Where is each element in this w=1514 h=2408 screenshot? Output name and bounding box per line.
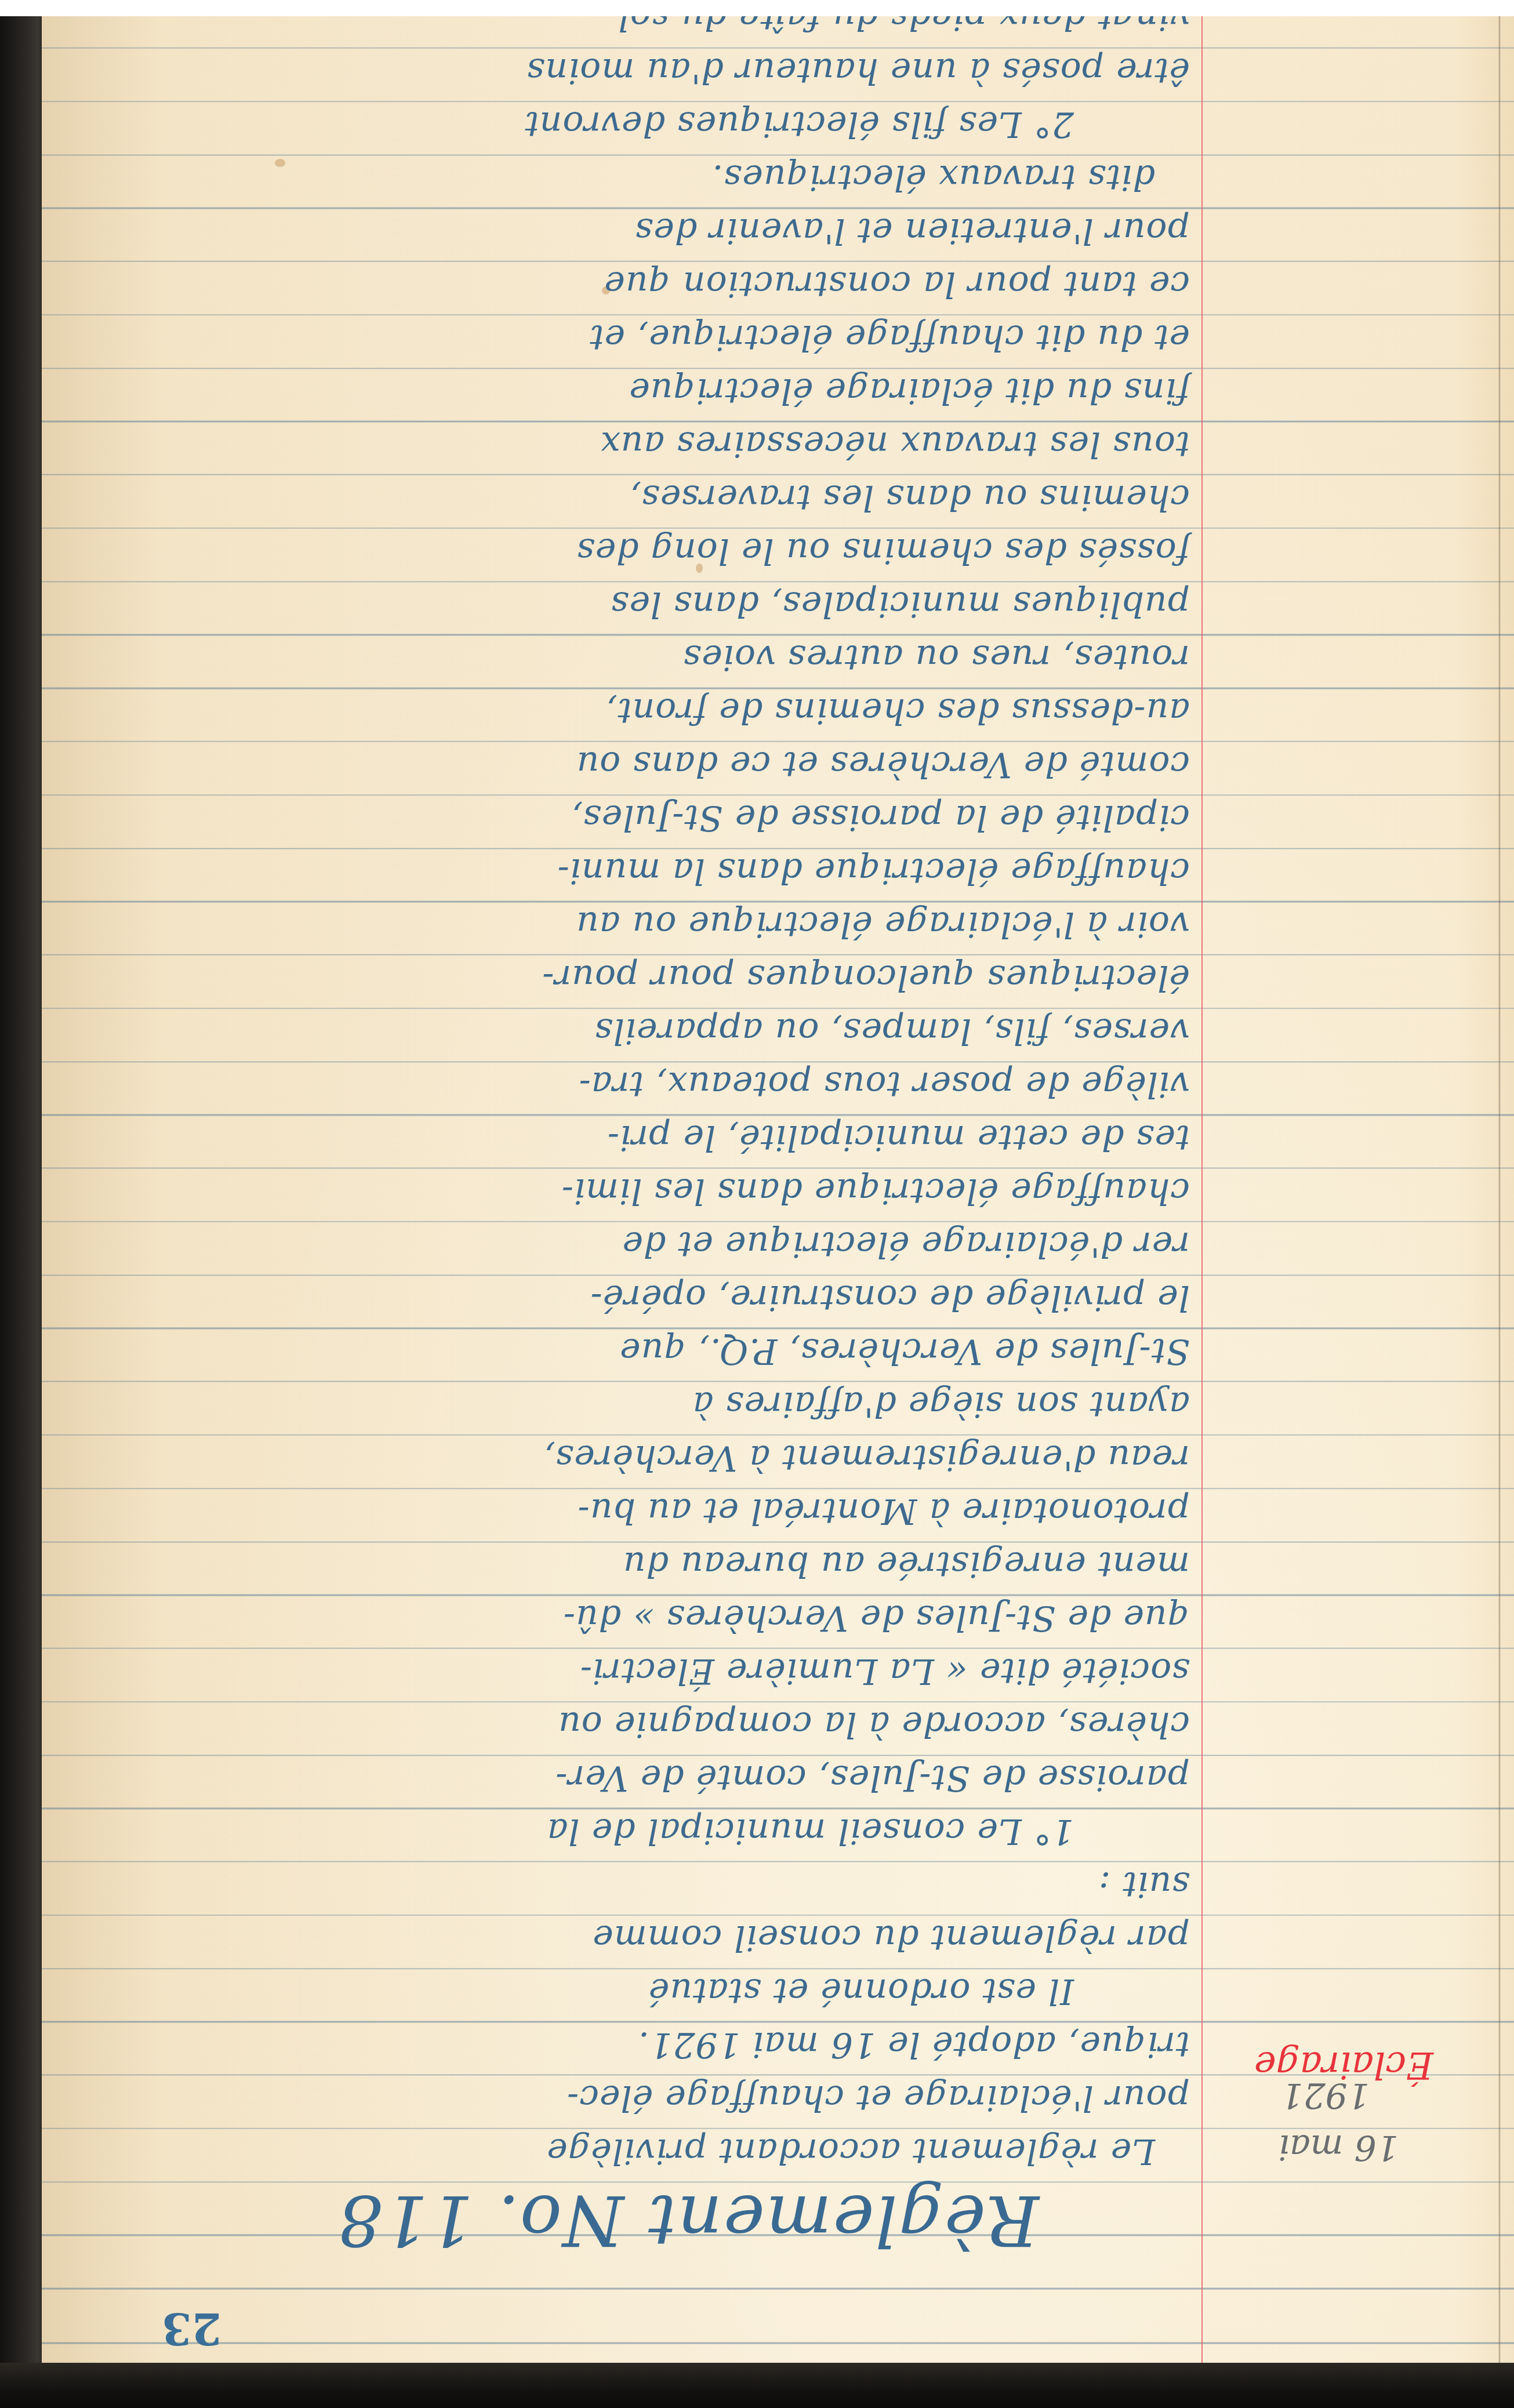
text-line: publiques municipales, dans les <box>71 578 1190 631</box>
text-line: fins du dit éclairage électrique <box>71 364 1190 417</box>
text-line: paroisse de St-Jules, comté de Ver- <box>71 1751 1190 1804</box>
ledger-page: Éclairage 16 mai 1921 23 Règlement No. 1… <box>42 16 1514 2365</box>
text-line: cipalité de la paroisse de St-Jules, <box>71 791 1190 844</box>
page-content: Éclairage 16 mai 1921 23 Règlement No. 1… <box>42 16 1514 2365</box>
text-line: fossés des chemins ou le long des <box>71 524 1190 578</box>
text-line: routes, rues ou autres voies <box>71 631 1190 684</box>
text-line: Le règlement accordant privilège <box>71 2124 1190 2178</box>
scan-top-border <box>0 0 1514 16</box>
text-line: 1° Le conseil municipal de la <box>71 1804 1190 1858</box>
text-line: vingt deux pieds du faîte du sol. <box>71 16 1190 44</box>
text-line: au-dessus des chemins de front, <box>71 684 1190 738</box>
ledger-binding-left <box>0 16 45 2408</box>
margin-date-year: 1921 <box>1281 2075 1370 2115</box>
text-line: que de St-Jules de Verchères » dû- <box>71 1591 1190 1644</box>
text-line: chauffage électrique dans la muni- <box>71 844 1190 898</box>
page-title: Règlement No. 118 <box>337 2180 1039 2260</box>
text-line: ce tant pour la construction que <box>71 257 1190 311</box>
text-line: chères, accorde à la compagnie ou <box>71 1698 1190 1751</box>
text-line: tous les travaux nécessaires aux <box>71 417 1190 471</box>
text-line: le privilège de construire, opéré- <box>71 1271 1190 1324</box>
text-line: protonotaire à Montréal et au bu- <box>71 1484 1190 1538</box>
ledger-binding-bottom <box>0 2363 1514 2408</box>
text-line: reau d'enregistrement à Verchères, <box>71 1431 1190 1484</box>
text-line: Il est ordonné et statué <box>71 1964 1190 2018</box>
text-line: vilège de poser tous poteaux, tra- <box>71 1058 1190 1111</box>
text-line: verses, fils, lampes, ou appareils <box>71 1004 1190 1058</box>
text-line: rer d'éclairage électrique et de <box>71 1218 1190 1271</box>
margin-column: Éclairage 16 mai 1921 <box>1207 16 1480 2365</box>
text-line: électriques quelconques pour pour- <box>71 951 1190 1004</box>
text-line: dits travaux électriques. <box>71 151 1190 204</box>
text-line: pour l'entretien et l'avenir des <box>71 204 1190 257</box>
text-line: par règlement du conseil comme <box>71 1911 1190 1964</box>
text-line: ment enregistrée au bureau du <box>71 1538 1190 1591</box>
text-line: tes de cette municipalité, le pri- <box>71 1111 1190 1164</box>
text-line: comté de Verchères et ce dans ou <box>71 738 1190 791</box>
text-line: être posés à une hauteur d'au moins <box>71 44 1190 97</box>
text-line: voir à l'éclairage électrique ou au <box>71 898 1190 951</box>
margin-date-day: 16 mai <box>1279 2127 1399 2167</box>
text-line: chauffage électrique dans les limi- <box>71 1164 1190 1218</box>
text-line: St-Jules de Verchères, P.Q., que <box>71 1324 1190 1378</box>
text-line: suit : <box>71 1858 1190 1911</box>
text-line: et du dit chauffage électrique, et <box>71 311 1190 364</box>
text-line: pour l'éclairage et chauffage élec- <box>71 2071 1190 2124</box>
text-line: trique, adopté le 16 mai 1921. <box>71 2018 1190 2071</box>
body-column: Règlement No. 118 Le règlement accordant… <box>71 16 1190 2365</box>
text-line: 2° Les fils électriques devront <box>71 97 1190 151</box>
text-line: société dite « La Lumière Électri- <box>71 1644 1190 1698</box>
text-line: ayant son siège d'affaires à <box>71 1378 1190 1431</box>
text-line: chemins ou dans les traverses, <box>71 471 1190 524</box>
